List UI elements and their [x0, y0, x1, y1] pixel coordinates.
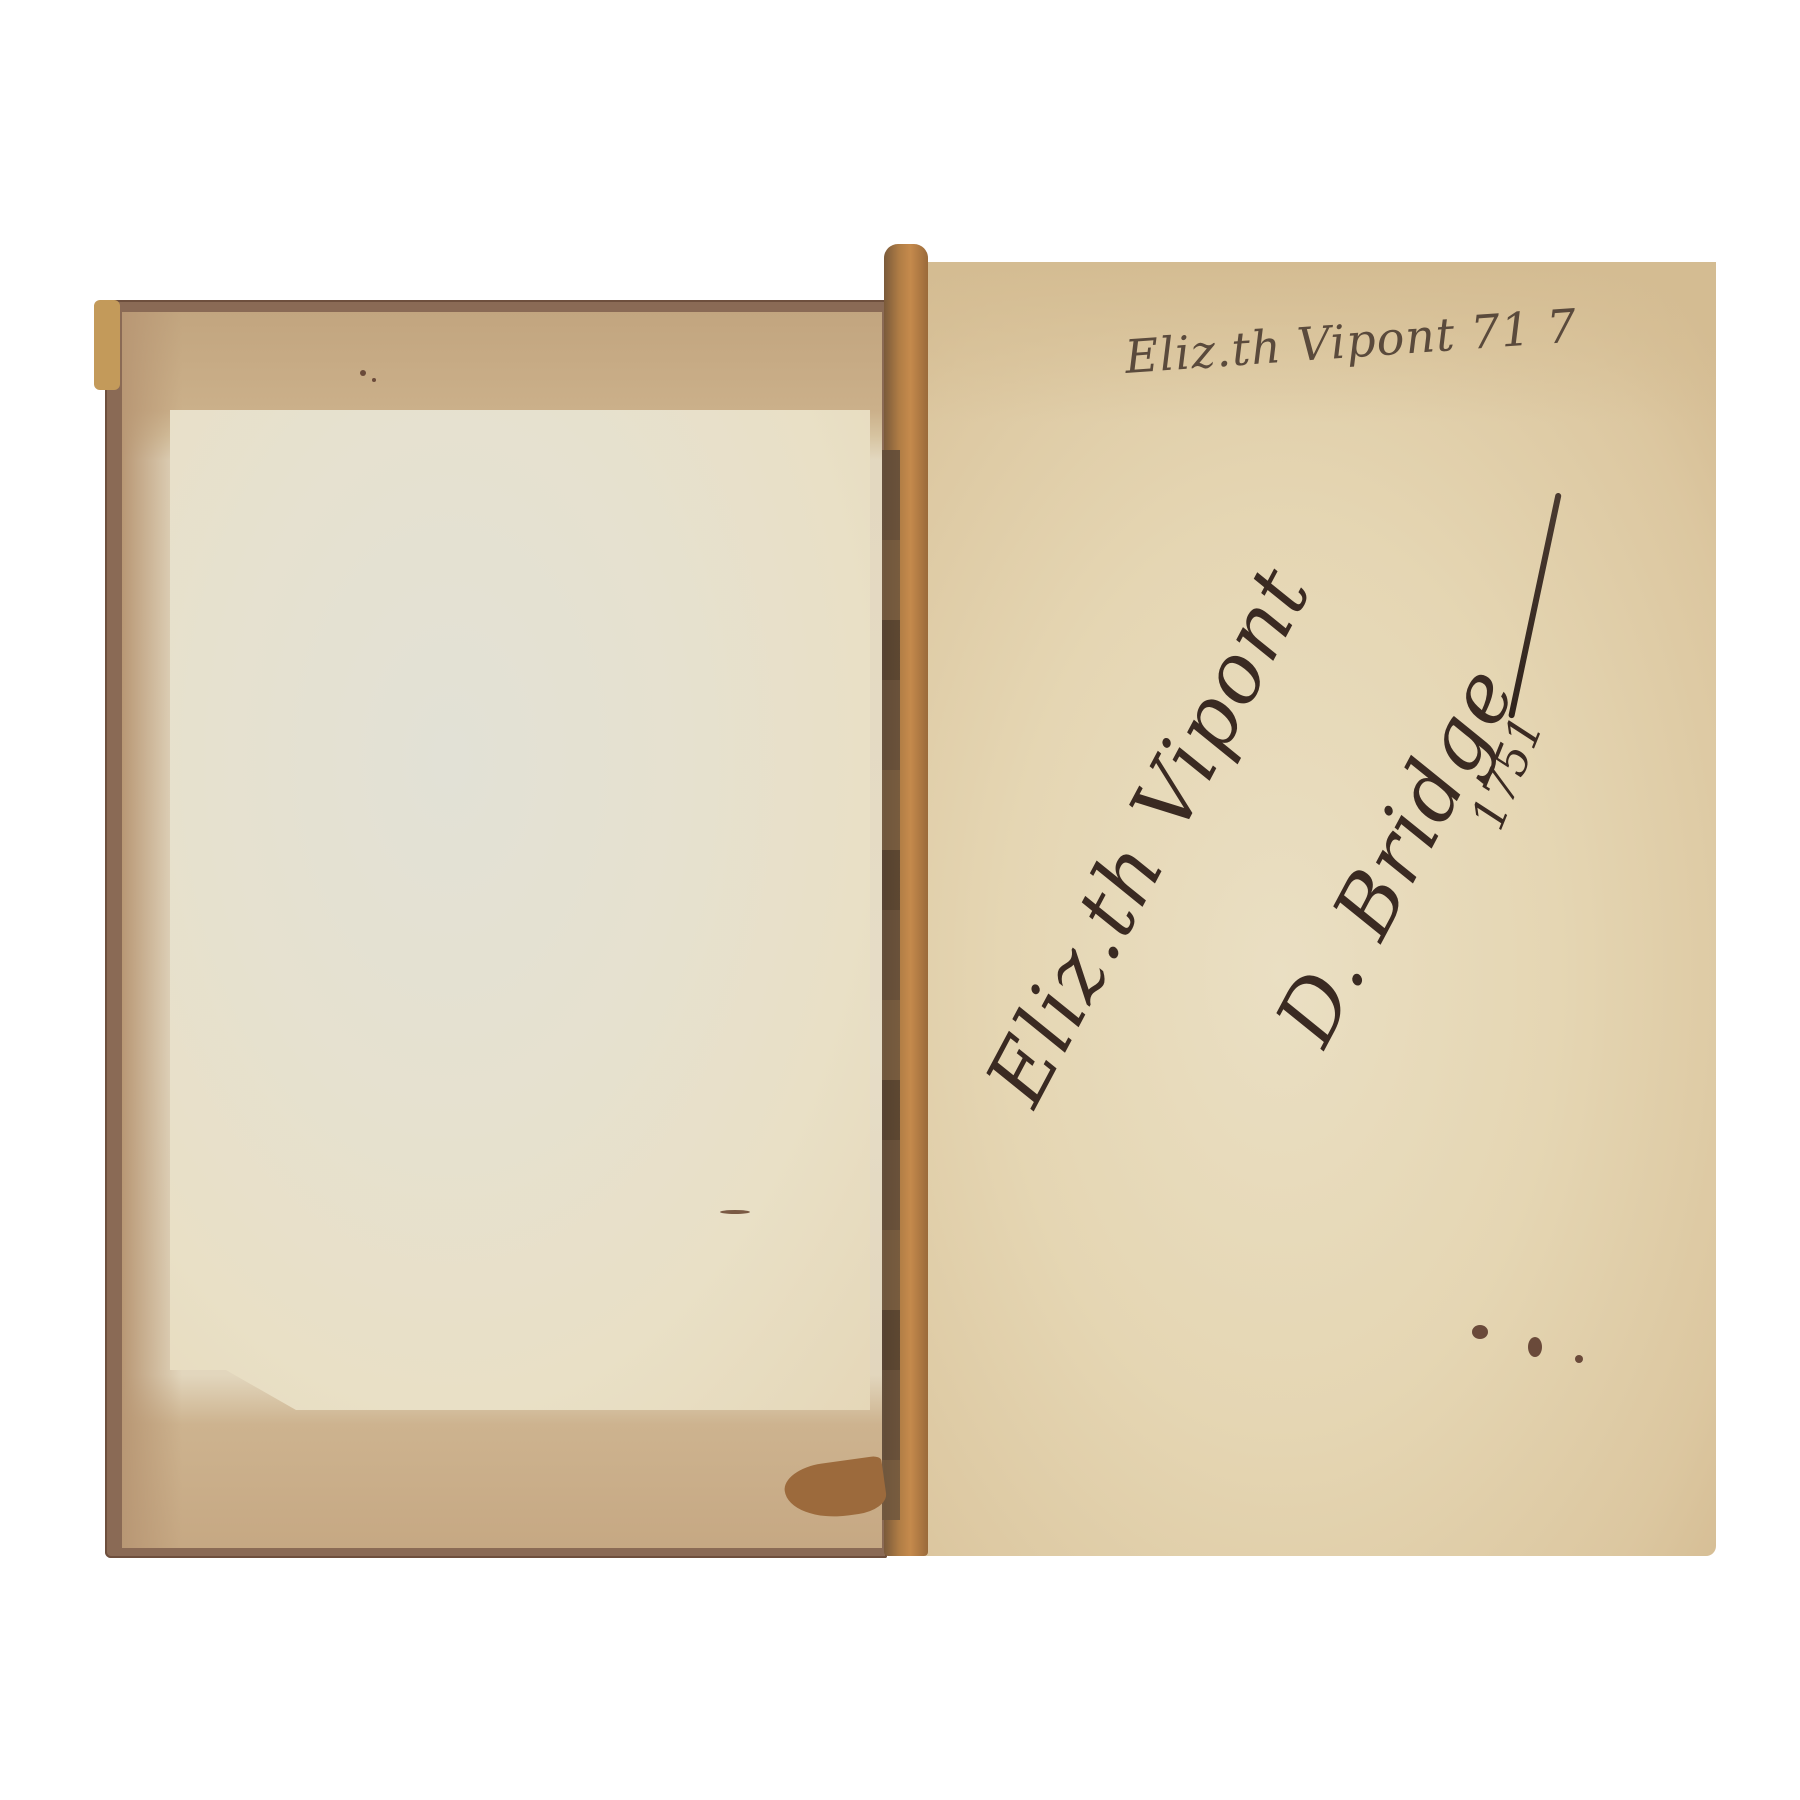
ink-blot: [1528, 1337, 1542, 1357]
spine-leather-band: [882, 450, 900, 1520]
pastedown-paper: [170, 410, 870, 1410]
ink-spot: [720, 1210, 750, 1214]
ink-blot: [1575, 1355, 1583, 1363]
ink-spot: [360, 370, 366, 376]
ink-spot: [372, 378, 376, 382]
ink-blot: [1472, 1325, 1488, 1339]
cover-corner-tab: [94, 300, 120, 390]
